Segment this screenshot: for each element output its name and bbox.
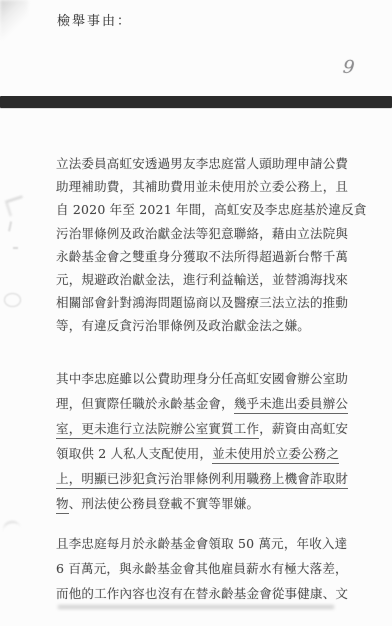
subject-label: 檢舉事由：: [57, 10, 132, 29]
text-line: 室，更未進行立法院辦公室實質工作，薪資由高虹安: [56, 416, 350, 441]
underlined-text: 室，更未進行立法院辦公室實質工作: [56, 421, 259, 439]
text-line: 元，規避政治獻金法，進行利益輸送，並替鴻海找來: [56, 268, 350, 291]
scan-artifact: [5, 196, 27, 217]
underlined-text: 並未使用於立委公務之: [212, 446, 339, 464]
text-segment: 且李忠庭每月於永齡基金會領取 50 萬元，年收入達: [56, 536, 347, 551]
text-line: 永齡基金會之雙重身分獲取不法所得超過新台幣千萬: [56, 245, 350, 268]
text-segment: 助理補助費，其補助費用並未使用於立委公務上，且: [56, 179, 348, 194]
text-line: 立法委員高虹安透過男友李忠庭當人頭助理申請公費: [56, 152, 350, 175]
text-segment: 永齡基金會之雙重身分獲取不法所得超過新台幣千萬: [56, 249, 348, 264]
underlined-text: 物: [56, 496, 69, 514]
text-segment: 相關部會針對鴻海問題協商以及醫療三法立法的推動: [56, 295, 348, 310]
underlined-text: 上，明顯已涉犯貪污治罪條例利用職務上機會詐取財: [56, 471, 348, 489]
text-segment: 理，但實際任職於永齡基金會，: [56, 396, 234, 411]
text-line: 領取供 2 人私人支配使用，並未使用於立委公務之: [56, 441, 350, 466]
paragraph: 其中李忠庭雖以公費助理身分任高虹安國會辦公室助理，但實際任職於永齡基金會，幾乎未…: [56, 366, 350, 517]
text-line: 相關部會針對鴻海問題協商以及醫療三法立法的推動: [56, 291, 350, 314]
text-segment: 自 2020 年至 2021 年間，高虹安及李忠庭基於違反貪: [56, 202, 367, 217]
scan-artifact: [13, 247, 18, 249]
text-line: 而他的工作內容也沒有在替永齡基金會從事健康、文: [56, 581, 350, 606]
paragraph: 立法委員高虹安透過男友李忠庭當人頭助理申請公費助理補助費，其補助費用並未使用於立…: [56, 152, 350, 338]
scan-artifact: [58, 605, 334, 609]
text-line: 且李忠庭每月於永齡基金會領取 50 萬元，年收入達: [56, 531, 350, 556]
scan-artifact: [1, 519, 22, 539]
scan-artifact: [8, 221, 18, 232]
handwritten-page-number: 9: [342, 57, 355, 79]
text-line: 上，明顯已涉犯貪污治罪條例利用職務上機會詐取財: [56, 466, 350, 491]
text-segment: 立法委員高虹安透過男友李忠庭當人頭助理申請公費: [56, 156, 348, 171]
scan-artifact: [4, 293, 21, 307]
scan-artifact: [0, 0, 28, 40]
text-segment: 領取供 2 人私人支配使用，: [56, 446, 212, 461]
text-line: 等，有違反貪污治罪條例及政治獻金法之嫌。: [56, 314, 350, 337]
paragraph: 且李忠庭每月於永齡基金會領取 50 萬元，年收入達6 百萬元，與永齡基金會其他雇…: [56, 531, 350, 607]
text-line: 自 2020 年至 2021 年間，高虹安及李忠庭基於違反貪: [56, 198, 350, 221]
text-segment: 元，規避政治獻金法，進行利益輸送，並替鴻海找來: [56, 272, 348, 287]
text-line: 污治罪條例及政治獻金法等犯意聯絡，藉由立法院與: [56, 222, 350, 245]
text-line: 理，但實際任職於永齡基金會，幾乎未進出委員辦公: [56, 391, 350, 416]
text-segment: 污治罪條例及政治獻金法等犯意聯絡，藉由立法院與: [56, 226, 348, 241]
text-line: 6 百萬元，與永齡基金會其他雇員薪水有極大落差，: [56, 556, 350, 581]
text-segment: 其中李忠庭雖以公費助理身分任高虹安國會辦公室助: [56, 371, 348, 386]
underlined-text: 幾乎未進出委員辦公: [234, 396, 348, 414]
text-segment: ，薪資由高虹安: [259, 421, 348, 436]
text-line: 物、刑法使公務員登載不實等罪嫌。: [56, 491, 350, 516]
text-line: 助理補助費，其補助費用並未使用於立委公務上，且: [56, 175, 350, 198]
text-segment: 、刑法使公務員登載不實等罪嫌。: [69, 496, 260, 511]
scanned-document-page: 檢舉事由： 9 立法委員高虹安透過男友李忠庭當人頭助理申請公費助理補助費，其補助…: [0, 0, 392, 626]
text-line: 其中李忠庭雖以公費助理身分任高虹安國會辦公室助: [56, 366, 350, 391]
document-body: 立法委員高虹安透過男友李忠庭當人頭助理申請公費助理補助費，其補助費用並未使用於立…: [56, 152, 350, 606]
text-segment: 而他的工作內容也沒有在替永齡基金會從事健康、文: [56, 586, 348, 601]
text-segment: 6 百萬元，與永齡基金會其他雇員薪水有極大落差，: [56, 561, 348, 576]
redaction-bar: [0, 96, 392, 108]
text-segment: 等，有違反貪污治罪條例及政治獻金法之嫌。: [56, 318, 310, 333]
